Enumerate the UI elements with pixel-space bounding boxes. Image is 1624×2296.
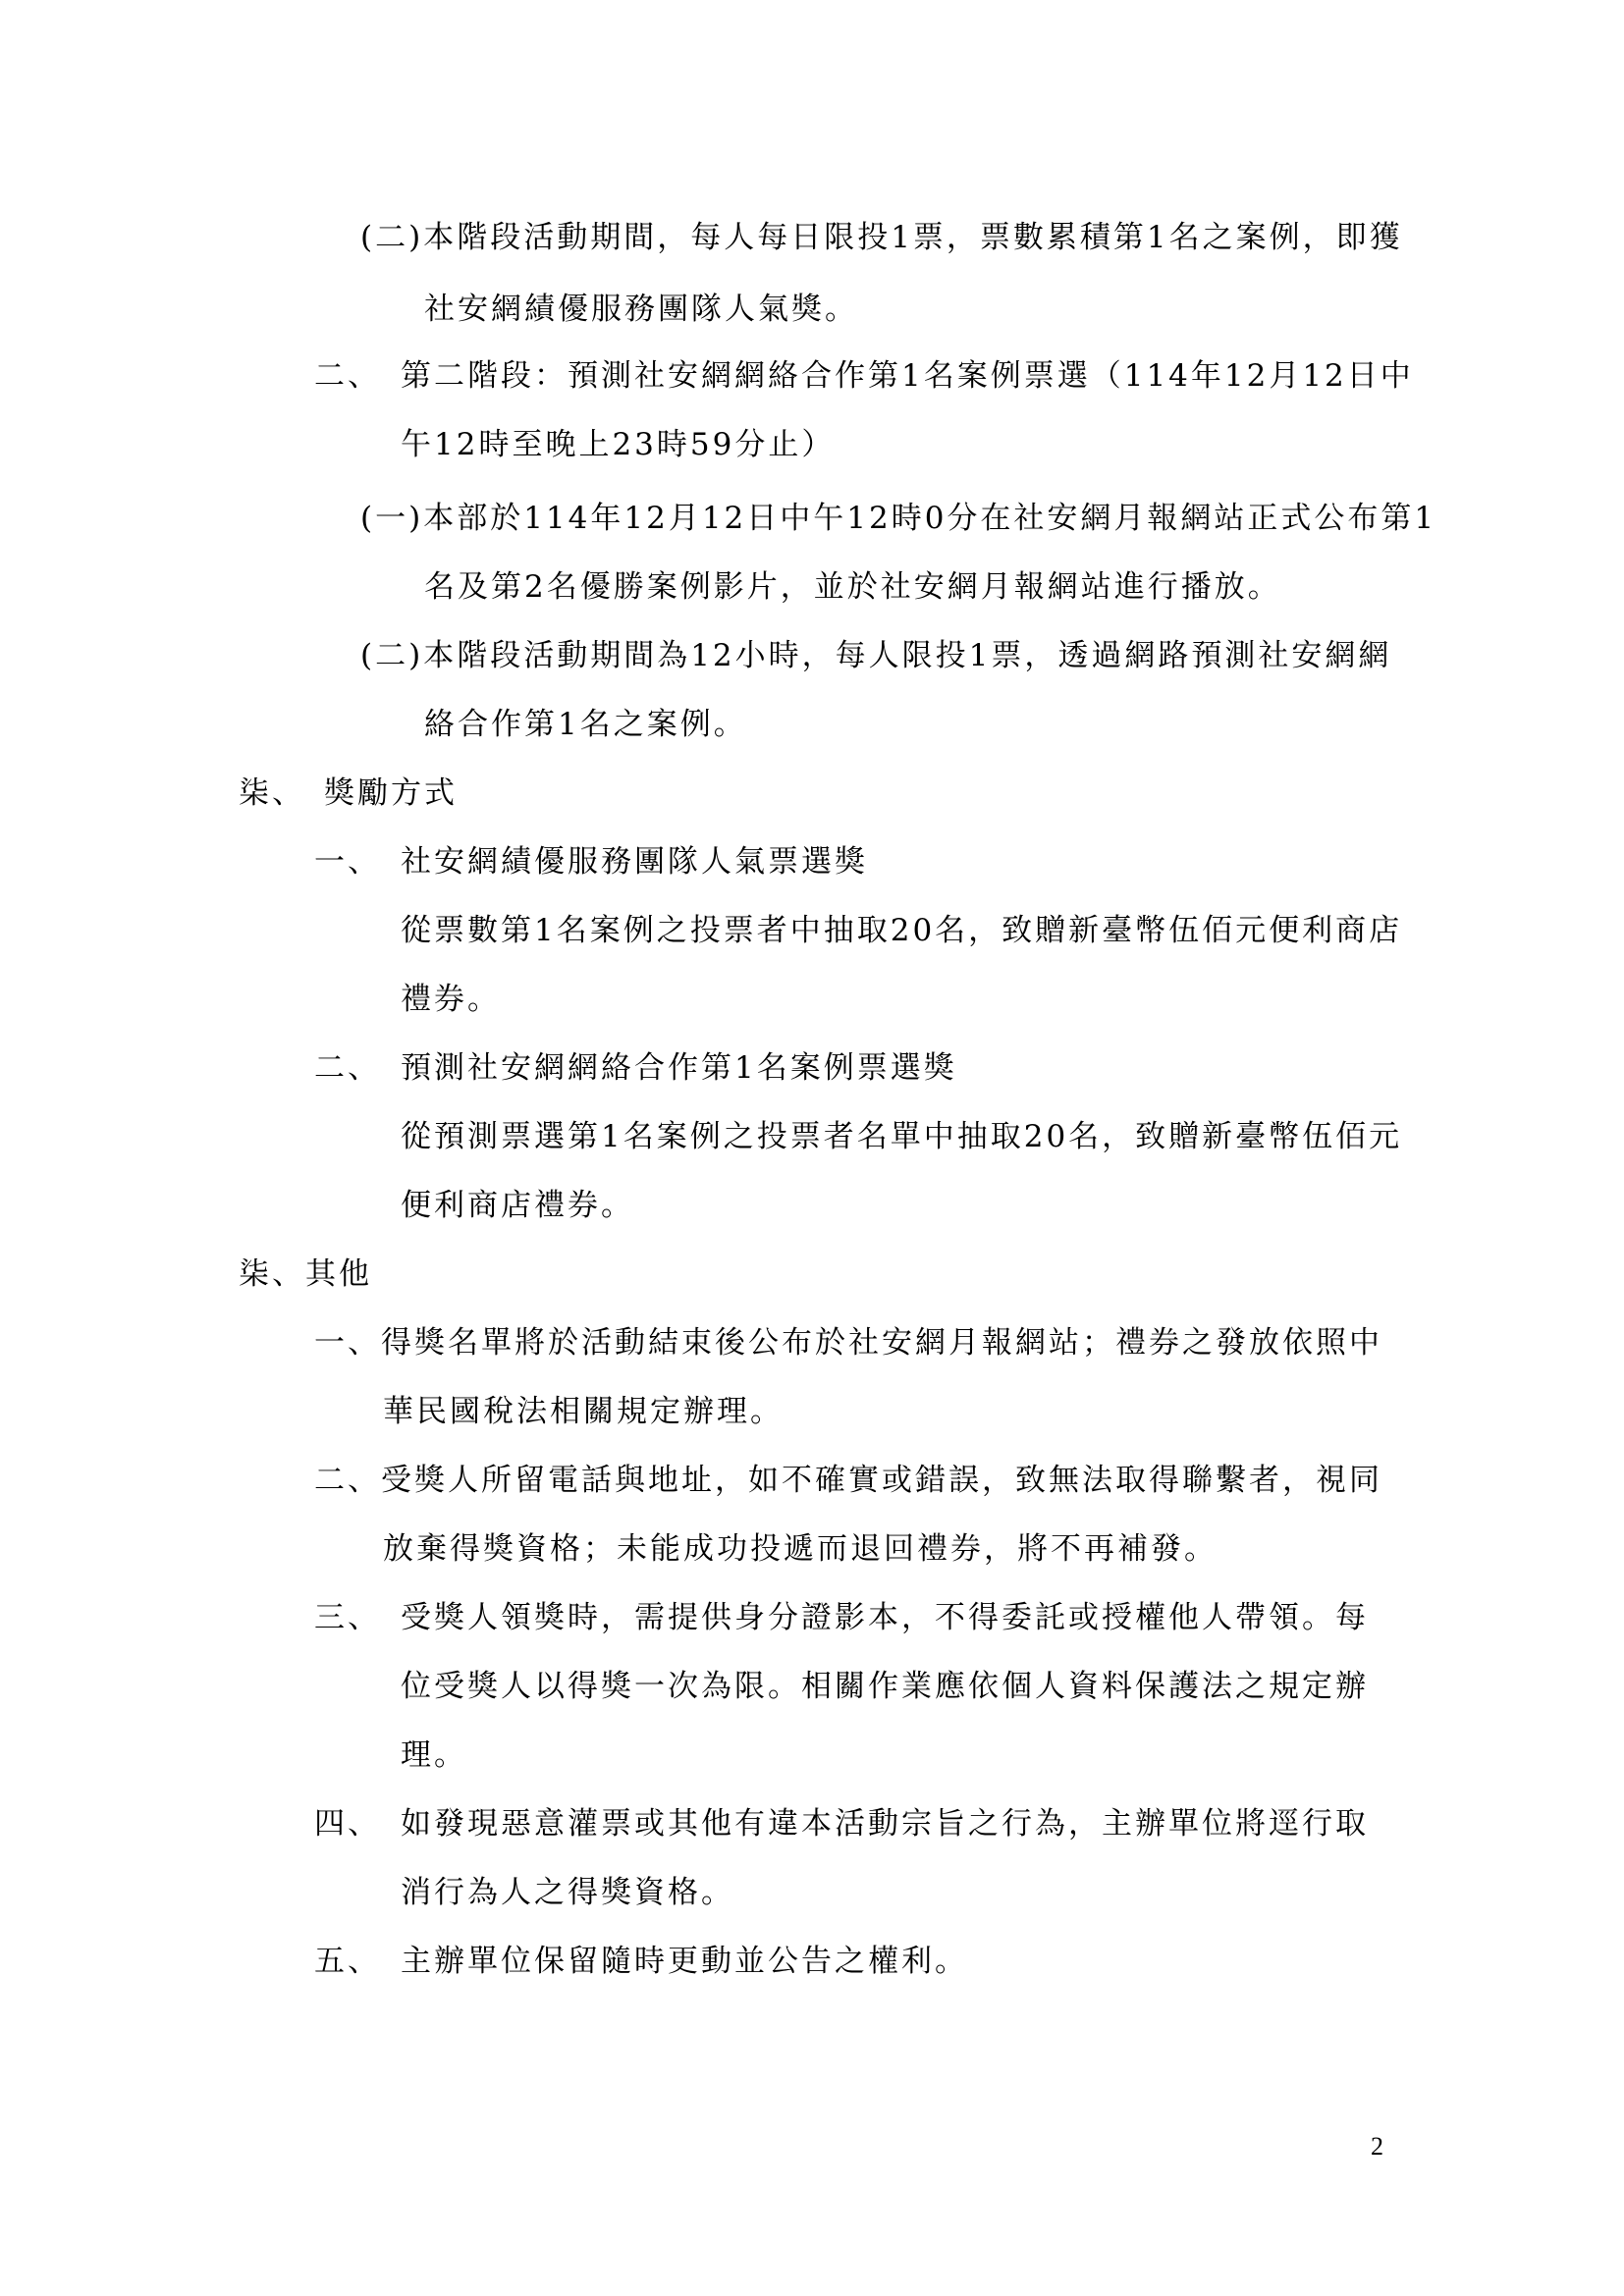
sub-item-text: 本階段活動期間，每人每日限投1票，票數累積第1名之案例，即獲 bbox=[423, 220, 1402, 255]
item-marker: 三、 bbox=[314, 1598, 381, 1637]
item-continuation: 理。 bbox=[401, 1735, 467, 1775]
item-marker: 二、 bbox=[314, 356, 381, 396]
section-heading: 其他 bbox=[305, 1256, 372, 1292]
item-text: 第二階段：預測社安網網絡合作第1名案例票選（114年12月12日中 bbox=[401, 356, 1414, 396]
sub-item-line: (二)本階段活動期間，每人每日限投1票，票數累積第1名之案例，即獲 bbox=[360, 218, 1403, 257]
item-heading: 社安網績優服務團隊人氣票選獎 bbox=[401, 842, 868, 881]
item-text: 得獎名單將於活動結束後公布於社安網月報網站；禮券之發放依照中 bbox=[381, 1325, 1382, 1361]
item-text: 如發現惡意灌票或其他有違本活動宗旨之行為，主辦單位將逕行取 bbox=[401, 1804, 1369, 1843]
sub-item-marker: (一) bbox=[360, 499, 423, 538]
item-continuation: 消行為人之得獎資格。 bbox=[401, 1873, 734, 1912]
item-text: 受獎人所留電話與地址，如不確實或錯誤，致無法取得聯繫者，視同 bbox=[381, 1463, 1382, 1498]
item-marker: 四、 bbox=[314, 1804, 381, 1843]
item-continuation: 禮券。 bbox=[401, 980, 501, 1019]
item-marker: 一、 bbox=[314, 1323, 381, 1362]
item-marker: 二、 bbox=[314, 1461, 381, 1500]
section-marker: 柒、 bbox=[239, 774, 305, 813]
sub-item-continuation: 名及第2名優勝案例影片，並於社安網月報網站進行播放。 bbox=[424, 567, 1281, 607]
item-heading: 預測社安網網絡合作第1名案例票選獎 bbox=[401, 1048, 957, 1088]
sub-item-text: 本部於114年12月12日中午12時0分在社安網月報網站正式公布第1 bbox=[423, 501, 1436, 536]
sub-item-marker: (二) bbox=[360, 636, 423, 675]
page-number: 2 bbox=[1371, 2132, 1383, 2162]
sub-item-continuation: 絡合作第1名之案例。 bbox=[424, 705, 747, 744]
item-line: 一、得獎名單將於活動結束後公布於社安網月報網站；禮券之發放依照中 bbox=[314, 1323, 1382, 1362]
item-marker: 二、 bbox=[314, 1048, 381, 1088]
sub-item-text: 本階段活動期間為12小時，每人限投1票，透過網路預測社安網網 bbox=[423, 638, 1391, 673]
item-continuation: 華民國稅法相關規定辦理。 bbox=[383, 1392, 784, 1431]
section-line: 柒、其他 bbox=[239, 1255, 372, 1294]
item-line: 二、受獎人所留電話與地址，如不確實或錯誤，致無法取得聯繫者，視同 bbox=[314, 1461, 1382, 1500]
item-text: 從預測票選第1名案例之投票者名單中抽取20名，致贈新臺幣伍佰元 bbox=[401, 1117, 1402, 1156]
item-continuation: 位受獎人以得獎一次為限。相關作業應依個人資料保護法之規定辦 bbox=[401, 1667, 1369, 1706]
item-marker: 一、 bbox=[314, 842, 381, 881]
item-continuation: 午12時至晚上23時59分止） bbox=[401, 425, 835, 464]
item-text: 主辦單位保留隨時更動並公告之權利。 bbox=[401, 1942, 968, 1981]
section-marker: 柒、 bbox=[239, 1255, 305, 1294]
sub-item-line: (二)本階段活動期間為12小時，每人限投1票，透過網路預測社安網網 bbox=[360, 636, 1391, 675]
item-continuation: 放棄得獎資格；未能成功投遞而退回禮券，將不再補發。 bbox=[383, 1529, 1218, 1569]
item-text: 從票數第1名案例之投票者中抽取20名，致贈新臺幣伍佰元便利商店 bbox=[401, 911, 1402, 950]
sub-item-line: (一)本部於114年12月12日中午12時0分在社安網月報網站正式公布第1 bbox=[360, 499, 1436, 538]
item-marker: 五、 bbox=[314, 1942, 381, 1981]
document-page: (二)本階段活動期間，每人每日限投1票，票數累積第1名之案例，即獲 社安網績優服… bbox=[0, 0, 1624, 2296]
section-heading: 獎勵方式 bbox=[324, 774, 458, 813]
sub-item-marker: (二) bbox=[360, 218, 423, 257]
item-continuation: 便利商店禮券。 bbox=[401, 1186, 634, 1225]
item-text: 受獎人領獎時，需提供身分證影本，不得委託或授權他人帶領。每 bbox=[401, 1598, 1369, 1637]
sub-item-continuation: 社安網績優服務團隊人氣獎。 bbox=[424, 290, 858, 329]
